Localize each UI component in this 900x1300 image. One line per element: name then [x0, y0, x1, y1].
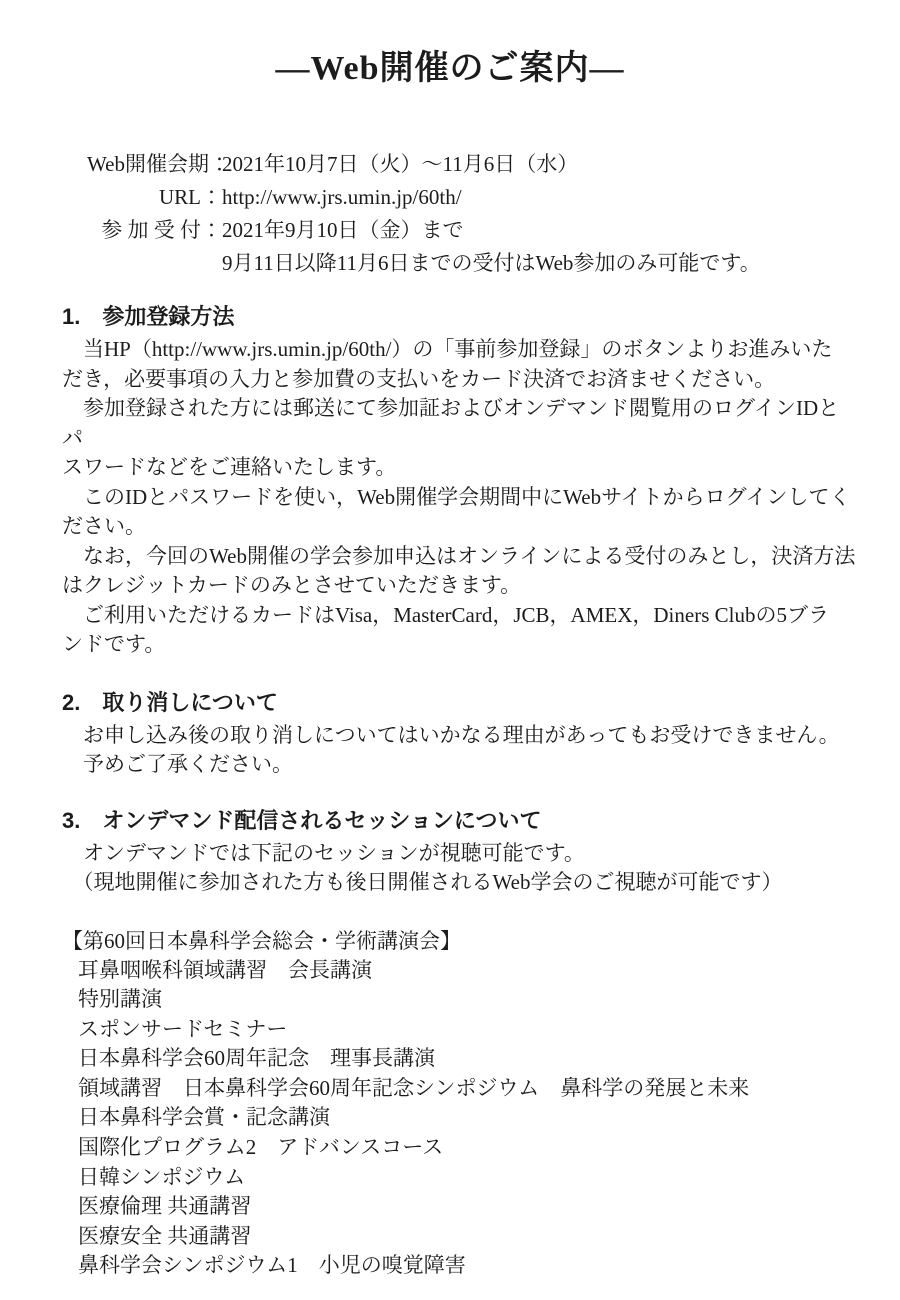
session-list: 【第60回日本鼻科学会総会・学術講演会】 耳鼻咽喉科領域講習 会長講演 特別講演… [62, 926, 860, 1282]
session-item: 医療倫理 共通講習 [62, 1192, 860, 1222]
info-label: 参 加 受 付： [87, 214, 222, 247]
section-heading: 2. 取り消しについて [62, 688, 860, 718]
section-body: オンデマンドでは下記のセッションが視聴可能です。 （現地開催に参加された方も後日… [62, 839, 860, 898]
info-label [87, 247, 222, 280]
session-item: 鼻科学会シンポジウム1 小児の嗅覚障害 [62, 1251, 860, 1281]
info-row-note: 9月11日以降11月6日までの受付はWeb参加のみ可能です。 [87, 247, 860, 280]
section-ondemand: 3. オンデマンド配信されるセッションについて オンデマンドでは下記のセッション… [62, 806, 860, 898]
info-row-url: URL： http://www.jrs.umin.jp/60th/ [87, 181, 860, 214]
session-item: スポンサードセミナー [62, 1015, 860, 1045]
info-row-web-period: Web開催会期： 2021年10月7日（火）～11月6日（水） [87, 148, 860, 181]
info-value: 2021年9月10日（金）まで [222, 214, 464, 247]
section-heading: 1. 参加登録方法 [62, 302, 860, 332]
section-heading: 3. オンデマンド配信されるセッションについて [62, 806, 860, 836]
section-cancellation: 2. 取り消しについて お申し込み後の取り消しについてはいかなる理由があってもお… [62, 688, 860, 780]
session-item: 日本鼻科学会60周年記念 理事長講演 [62, 1044, 860, 1074]
info-label: URL： [87, 181, 222, 214]
info-value: 2021年10月7日（火）～11月6日（水） [222, 148, 578, 181]
session-list-header: 【第60回日本鼻科学会総会・学術講演会】 [62, 926, 860, 956]
info-value-url: http://www.jrs.umin.jp/60th/ [222, 181, 462, 214]
section-body: お申し込み後の取り消しについてはいかなる理由があってもお受けできません。 予めご… [62, 721, 860, 780]
event-info: Web開催会期： 2021年10月7日（火）～11月6日（水） URL： htt… [87, 148, 860, 280]
section-body: 当HP（http://www.jrs.umin.jp/60th/）の「事前参加登… [62, 335, 860, 660]
session-item: 特別講演 [62, 985, 860, 1015]
document-page: —Web開催のご案内— Web開催会期： 2021年10月7日（火）～11月6日… [0, 0, 900, 1300]
session-item: 日韓シンポジウム [62, 1163, 860, 1193]
page-title: —Web開催のご案内— [0, 0, 900, 92]
session-item: 領域講習 日本鼻科学会60周年記念シンポジウム 鼻科学の発展と未来 [62, 1074, 860, 1104]
session-item: 医療安全 共通講習 [62, 1222, 860, 1252]
info-label: Web開催会期： [87, 148, 222, 181]
info-value: 9月11日以降11月6日までの受付はWeb参加のみ可能です。 [222, 247, 761, 280]
session-item: 耳鼻咽喉科領域講習 会長講演 [62, 956, 860, 986]
section-registration: 1. 参加登録方法 当HP（http://www.jrs.umin.jp/60t… [62, 302, 860, 660]
session-item: 国際化プログラム2 アドバンスコース [62, 1133, 860, 1163]
info-row-registration: 参 加 受 付： 2021年9月10日（金）まで [87, 214, 860, 247]
session-item: 日本鼻科学会賞・記念講演 [62, 1103, 860, 1133]
